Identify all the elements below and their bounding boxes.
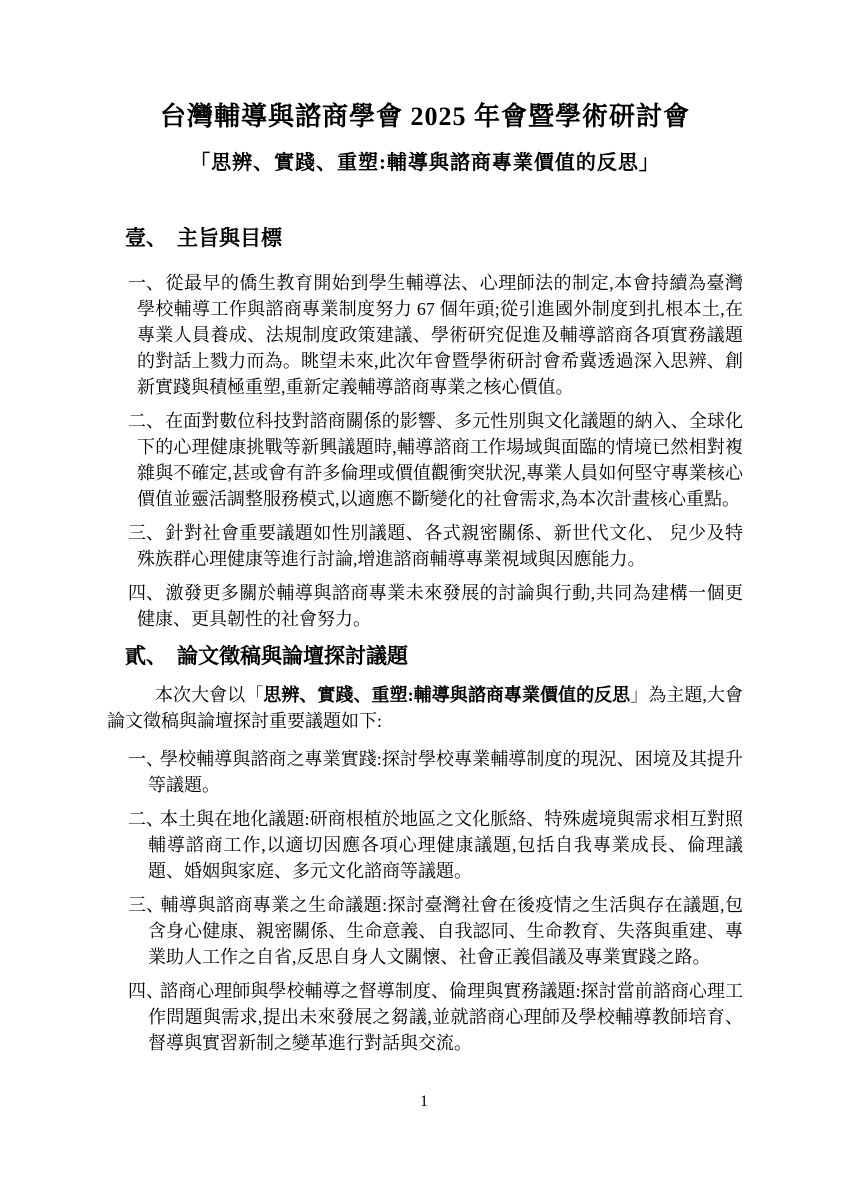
list-item: 一、學校輔導與諮商之專業實踐:探討學校專業輔導制度的現況、困境及其提升等議題。	[107, 746, 743, 798]
document-content: 台灣輔導與諮商學會 2025 年會暨學術研討會 「思辨、實踐、重塑:輔導與諮商專…	[107, 0, 743, 1064]
conference-theme-text: 思辨、實踐、重塑:輔導與諮商專業價值的反思	[263, 685, 630, 705]
item-marker: 一、	[128, 746, 160, 772]
list-item: 二、在面對數位科技對諮商關係的影響、多元性別與文化議題的納入、全球化下的心理健康…	[107, 408, 743, 512]
item-text: 輔導與諮商專業之生命議題:探討臺灣社會在後疫情之生活與存在議題,包含身心健康、親…	[148, 895, 743, 967]
document-page: 台灣輔導與諮商學會 2025 年會暨學術研討會 「思辨、實踐、重塑:輔導與諮商專…	[0, 0, 848, 1200]
item-marker: 三、	[128, 892, 160, 918]
list-item: 三、輔導與諮商專業之生命議題:探討臺灣社會在後疫情之生活與存在議題,包含身心健康…	[107, 892, 743, 970]
list-item: 一、從最早的僑生教育開始到學生輔導法、心理師法的制定,本會持續為臺灣學校輔導工作…	[107, 270, 743, 400]
item-text: 在面對數位科技對諮商關係的影響、多元性別與文化議題的納入、全球化下的心理健康挑戰…	[137, 411, 743, 509]
section-heading-text: 論文徵稿與論壇探討議題	[177, 644, 408, 668]
item-marker: 二、	[128, 408, 165, 434]
item-marker: 四、	[128, 580, 165, 606]
section-heading-topics: 貳、論文徵稿與論壇探討議題	[125, 642, 743, 670]
page-subtitle: 「思辨、實踐、重塑:輔導與諮商專業價值的反思」	[107, 150, 743, 176]
section-heading-text: 主旨與目標	[177, 226, 282, 250]
item-text: 諮商心理師與學校輔導之督導制度、倫理與實務議題:探討當前諮商心理工作問題與需求,…	[148, 981, 743, 1053]
item-text: 針對社會重要議題如性別議題、各式親密關係、新世代文化、 兒少及特殊族群心理健康等…	[137, 523, 743, 569]
item-text: 學校輔導與諮商之專業實踐:探討學校專業輔導制度的現況、困境及其提升等議題。	[148, 749, 743, 795]
intro-paragraph: 本次大會以「思辨、實踐、重塑:輔導與諮商專業價值的反思」為主題,大會論文徵稿與論…	[107, 682, 743, 734]
item-marker: 四、	[128, 978, 160, 1004]
list-item: 三、針對社會重要議題如性別議題、各式親密關係、新世代文化、 兒少及特殊族群心理健…	[107, 520, 743, 572]
page-number: 1	[0, 1092, 848, 1112]
item-marker: 二、	[128, 806, 160, 832]
list-item: 四、激發更多關於輔導與諮商專業未來發展的討論與行動,共同為建構一個更健康、更具韌…	[107, 580, 743, 632]
list-item: 二、本土與在地化議題:研商根植於地區之文化脈絡、特殊處境與需求相互對照輔導諮商工…	[107, 806, 743, 884]
item-marker: 一、	[128, 270, 165, 296]
section-marker: 貳、	[125, 642, 177, 670]
item-text: 從最早的僑生教育開始到學生輔導法、心理師法的制定,本會持續為臺灣學校輔導工作與諮…	[137, 273, 743, 397]
section-marker: 壹、	[125, 224, 177, 252]
section-heading-goals: 壹、主旨與目標	[125, 224, 743, 252]
item-text: 激發更多關於輔導與諮商專業未來發展的討論與行動,共同為建構一個更健康、更具韌性的…	[137, 583, 743, 629]
intro-prefix: 本次大會以「	[155, 685, 263, 705]
page-title: 台灣輔導與諮商學會 2025 年會暨學術研討會	[107, 100, 743, 134]
list-item: 四、諮商心理師與學校輔導之督導制度、倫理與實務議題:探討當前諮商心理工作問題與需…	[107, 978, 743, 1056]
item-marker: 三、	[128, 520, 165, 546]
item-text: 本土與在地化議題:研商根植於地區之文化脈絡、特殊處境與需求相互對照輔導諮商工作,…	[148, 809, 743, 881]
